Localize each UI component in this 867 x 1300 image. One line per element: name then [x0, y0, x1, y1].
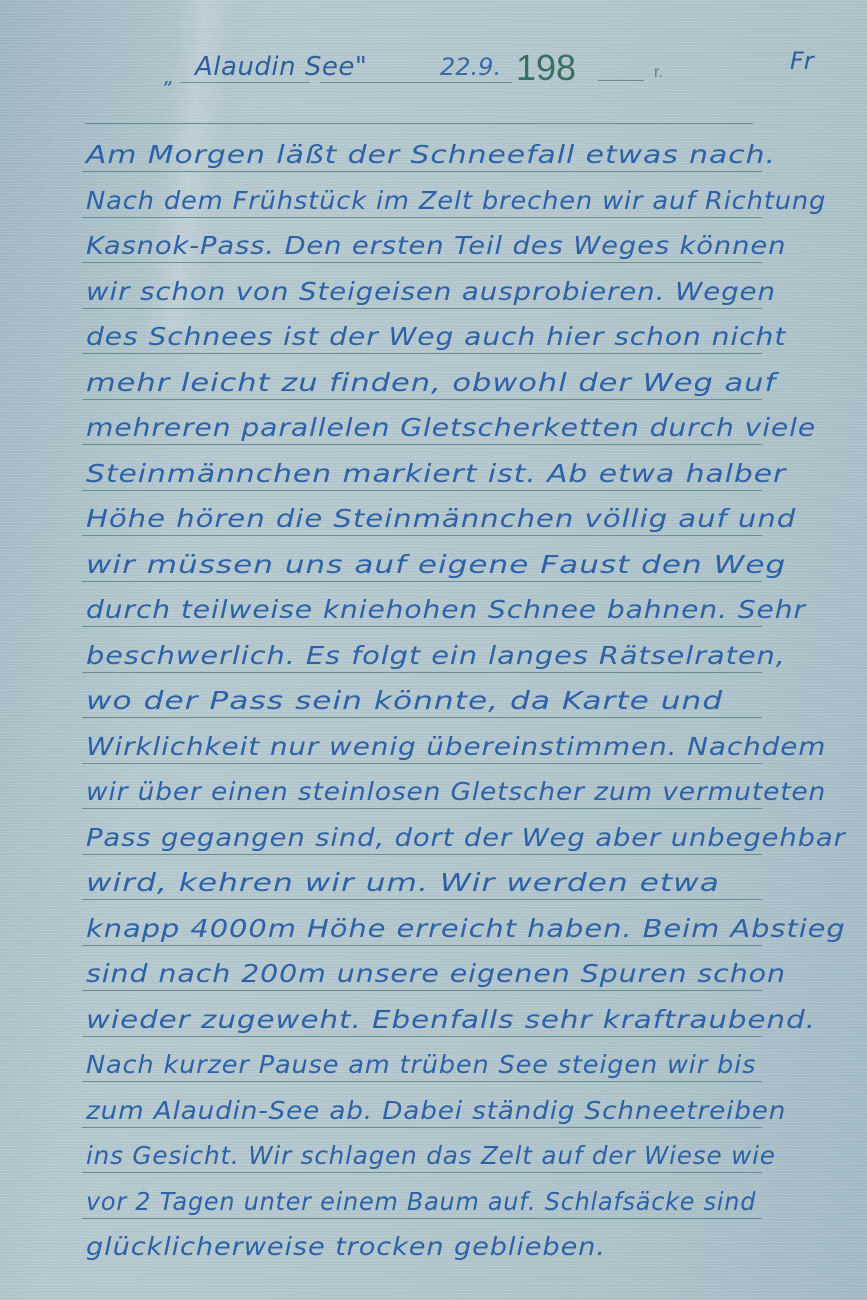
handwritten-text: wieder zugeweht. Ebenfalls sehr kraftrau… — [86, 1005, 816, 1034]
handwritten-text: Pass gegangen sind, dort der Weg aber un… — [86, 823, 846, 852]
entry-line: sind nach 200m unsere eigenen Spuren sch… — [82, 951, 862, 991]
entry-line: Pass gegangen sind, dort der Weg aber un… — [82, 815, 862, 855]
ruled-line — [82, 1036, 762, 1037]
ruled-line — [82, 490, 762, 491]
handwritten-text: vor 2 Tagen unter einem Baum auf. Schlaf… — [86, 1187, 756, 1216]
entry-line: vor 2 Tagen unter einem Baum auf. Schlaf… — [82, 1179, 862, 1219]
entry-line: Am Morgen läßt der Schneefall etwas nach… — [82, 132, 862, 172]
ruled-line — [82, 171, 762, 172]
entry-line: ins Gesicht. Wir schlagen das Zelt auf d… — [82, 1133, 862, 1173]
entry-line: wo der Pass sein könnte, da Karte und — [82, 678, 862, 718]
entry-line: beschwerlich. Es folgt ein langes Rätsel… — [82, 633, 862, 673]
handwritten-text: Höhe hören die Steinmännchen völlig auf … — [86, 504, 796, 533]
ruled-line — [82, 1172, 762, 1173]
ruled-line — [82, 308, 762, 309]
ruled-line — [82, 262, 762, 263]
handwritten-text: Wirklichkeit nur wenig übereinstimmen. N… — [86, 732, 826, 761]
entry-line: durch teilweise kniehohen Schnee bahnen.… — [82, 587, 862, 627]
entry-line: wird, kehren wir um. Wir werden etwa — [82, 860, 862, 900]
handwritten-text: knapp 4000m Höhe erreicht haben. Beim Ab… — [86, 914, 846, 943]
ruled-line — [82, 581, 762, 582]
diary-page: „ Alaudin See" 22.9. 198 r. Fr Am Morgen… — [0, 0, 867, 1300]
handwritten-text: ins Gesicht. Wir schlagen das Zelt auf d… — [86, 1141, 776, 1170]
handwritten-text: Kasnok-Pass. Den ersten Teil des Weges k… — [86, 231, 786, 260]
ruled-line — [82, 717, 762, 718]
handwritten-text: Nach dem Frühstück im Zelt brechen wir a… — [86, 186, 826, 215]
entry-line: mehr leicht zu finden, obwohl der Weg au… — [82, 360, 862, 400]
entry-line: knapp 4000m Höhe erreicht haben. Beim Ab… — [82, 906, 862, 946]
handwritten-text: Steinmännchen markiert ist. Ab etwa halb… — [86, 459, 786, 488]
ruled-line — [82, 353, 762, 354]
handwritten-text: mehr leicht zu finden, obwohl der Weg au… — [86, 368, 776, 397]
entry-line: Nach kurzer Pause am trüben See steigen … — [82, 1042, 862, 1082]
handwritten-text: zum Alaudin-See ab. Dabei ständig Schnee… — [86, 1096, 786, 1125]
entry-line: Steinmännchen markiert ist. Ab etwa halb… — [82, 451, 862, 491]
ruled-line — [82, 1218, 762, 1219]
ruled-line — [82, 945, 762, 946]
handwritten-text: beschwerlich. Es folgt ein langes Rätsel… — [86, 641, 786, 670]
entry-line: Höhe hören die Steinmännchen völlig auf … — [82, 496, 862, 536]
ruled-line — [82, 399, 762, 400]
entry-line: zum Alaudin-See ab. Dabei ständig Schnee… — [82, 1088, 862, 1128]
handwritten-text: wir schon von Steigeisen ausprobieren. W… — [86, 277, 776, 306]
handwritten-text: sind nach 200m unsere eigenen Spuren sch… — [86, 959, 786, 988]
handwritten-text: glücklicherweise trocken geblieben. — [86, 1232, 606, 1261]
ruled-line — [82, 808, 762, 809]
entry-line: wir über einen steinlosen Gletscher zum … — [82, 769, 862, 809]
diary-entry: Am Morgen läßt der Schneefall etwas nach… — [0, 0, 867, 1300]
entry-line: wir müssen uns auf eigene Faust den Weg — [82, 542, 862, 582]
handwritten-text: wird, kehren wir um. Wir werden etwa — [86, 868, 720, 897]
entry-line: des Schnees ist der Weg auch hier schon … — [82, 314, 862, 354]
handwritten-text: Nach kurzer Pause am trüben See steigen … — [86, 1050, 756, 1079]
ruled-line — [82, 990, 762, 991]
ruled-line — [82, 444, 762, 445]
ruled-line — [82, 763, 762, 764]
ruled-line — [82, 217, 762, 218]
handwritten-text: durch teilweise kniehohen Schnee bahnen.… — [86, 595, 806, 624]
handwritten-text: wir über einen steinlosen Gletscher zum … — [86, 777, 826, 806]
handwritten-text: Am Morgen läßt der Schneefall etwas nach… — [86, 140, 776, 169]
entry-line: Kasnok-Pass. Den ersten Teil des Weges k… — [82, 223, 862, 263]
handwritten-text: wir müssen uns auf eigene Faust den Weg — [86, 550, 786, 579]
ruled-line — [82, 1081, 762, 1082]
handwritten-text: mehreren parallelen Gletscherketten durc… — [86, 413, 816, 442]
entry-line: Nach dem Frühstück im Zelt brechen wir a… — [82, 178, 862, 218]
ruled-line — [82, 854, 762, 855]
entry-line: Wirklichkeit nur wenig übereinstimmen. N… — [82, 724, 862, 764]
entry-line: wieder zugeweht. Ebenfalls sehr kraftrau… — [82, 997, 862, 1037]
ruled-line — [82, 535, 762, 536]
entry-line: wir schon von Steigeisen ausprobieren. W… — [82, 269, 862, 309]
ruled-line — [82, 672, 762, 673]
handwritten-text: des Schnees ist der Weg auch hier schon … — [86, 322, 786, 351]
handwritten-text: wo der Pass sein könnte, da Karte und — [86, 686, 723, 715]
entry-line: mehreren parallelen Gletscherketten durc… — [82, 405, 862, 445]
ruled-line — [82, 899, 762, 900]
ruled-line — [82, 1127, 762, 1128]
entry-line: glücklicherweise trocken geblieben. — [82, 1224, 862, 1264]
ruled-line — [82, 626, 762, 627]
